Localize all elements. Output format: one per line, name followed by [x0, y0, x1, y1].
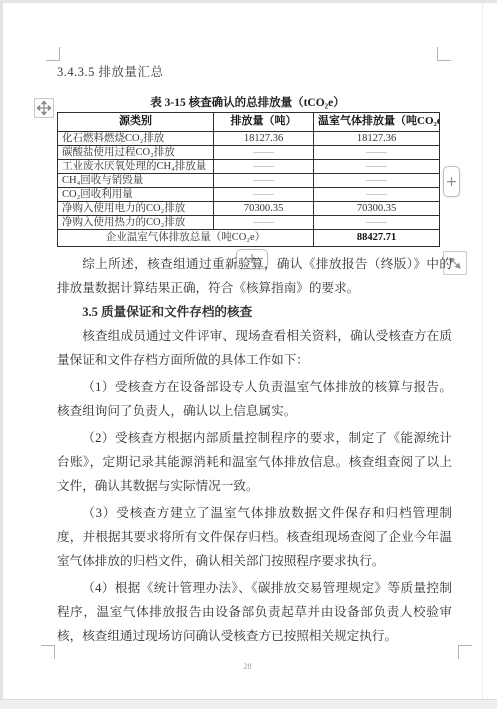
header-ghg-emission: 温室气体排放量（吨CO₂e）	[314, 113, 440, 132]
row-label: CH₄回收与销毁量	[58, 174, 214, 188]
paragraph-summary: 综上所述，核查组通过重新验算，确认《排放报告（终版）》中的排放量数据计算结果正确…	[57, 252, 452, 300]
section-heading-3-5: 3.5 质量保证和文件存档的核查	[57, 300, 452, 324]
total-value: 88427.71	[314, 230, 440, 247]
row-value: 18127.36	[314, 132, 440, 146]
crop-mark-top-left-icon	[46, 47, 60, 61]
row-value: ——	[214, 174, 314, 188]
row-value: ——	[314, 146, 440, 160]
emissions-summary-table: 源类别 排放量（吨） 温室气体排放量（吨CO₂e） 化石燃料燃烧CO₂排放 18…	[57, 112, 440, 247]
row-value: ——	[214, 188, 314, 202]
row-label: CO₂回收利用量	[58, 188, 214, 202]
row-value: ——	[314, 160, 440, 174]
paragraph-item-3: （3）受核查方建立了温室气体排放数据文件保存和归档管理制度，并根据其要求将所有文…	[57, 501, 452, 573]
table-row: 碳酸盐使用过程CO₂排放 —— ——	[58, 146, 440, 160]
row-label: 碳酸盐使用过程CO₂排放	[58, 146, 214, 160]
paragraph-item-4: （4）根据《统计管理办法》、《碳排放交易管理规定》等质量控制程序，温室气体排放报…	[57, 576, 452, 648]
table-row: CO₂回收利用量 —— ——	[58, 188, 440, 202]
crop-mark-bottom-left-icon	[41, 645, 55, 659]
table-caption: 表 3-15 核查确认的总排放量（tCO₂e）	[57, 94, 438, 110]
table-row: CH₄回收与销毁量 —— ——	[58, 174, 440, 188]
page-right-edge	[482, 3, 483, 699]
crop-mark-bottom-right-icon	[458, 645, 472, 659]
table-row: 工业废水厌氧处理的CH₄排放量 —— ——	[58, 160, 440, 174]
table-row: 净购入使用电力的CO₂排放 70300.35 70300.35	[58, 202, 440, 216]
row-value: ——	[314, 174, 440, 188]
row-value: 18127.36	[214, 132, 314, 146]
row-value: ——	[314, 188, 440, 202]
move-icon	[37, 101, 51, 115]
header-emission-amount: 排放量（吨）	[214, 113, 314, 132]
paragraph-item-2: （2）受核查方根据内部质量控制程序的要求，制定了《能源统计台账》，定期记录其能源…	[57, 426, 452, 498]
table-row: 化石燃料燃烧CO₂排放 18127.36 18127.36	[58, 132, 440, 146]
row-value: ——	[214, 216, 314, 230]
plus-icon: +	[446, 175, 458, 189]
row-value: 70300.35	[214, 202, 314, 216]
header-source-category: 源类别	[58, 113, 214, 132]
table-total-row: 企业温室气体排放总量（吨CO₂e） 88427.71	[58, 230, 440, 247]
table-row: 净购入使用热力的CO₂排放 —— ——	[58, 216, 440, 230]
row-label: 化石燃料燃烧CO₂排放	[58, 132, 214, 146]
window-bottom-bar	[0, 699, 497, 709]
row-label: 净购入使用热力的CO₂排放	[58, 216, 214, 230]
insert-column-button[interactable]: +	[443, 166, 460, 197]
row-value: ——	[314, 216, 440, 230]
total-label: 企业温室气体排放总量（吨CO₂e）	[58, 230, 314, 247]
page-number: 28	[57, 662, 438, 671]
row-value: ——	[214, 146, 314, 160]
table-move-handle[interactable]	[34, 98, 54, 118]
window-top-edge	[0, 0, 497, 3]
paragraph-item-1: （1）受核查方在设备部设专人负责温室气体排放的核算与报告。核查组询问了负责人，确…	[57, 375, 452, 423]
section-heading-3-4-3-5: 3.4.3.5 排放量汇总	[57, 62, 164, 80]
row-label: 工业废水厌氧处理的CH₄排放量	[58, 160, 214, 174]
document-page: 3.4.3.5 排放量汇总 表 3-15 核查确认的总排放量（tCO₂e） 源类…	[0, 0, 497, 709]
row-value: 70300.35	[314, 202, 440, 216]
paragraph-qa-intro: 核查组成员通过文件评审、现场查看相关资料，确认受核查方在质量保证和文件存档方面所…	[57, 324, 452, 372]
row-value: ——	[214, 160, 314, 174]
body-text-column: 综上所述，核查组通过重新验算，确认《排放报告（终版）》中的排放量数据计算结果正确…	[57, 252, 452, 648]
window-left-edge	[0, 0, 3, 700]
table-header-row: 源类别 排放量（吨） 温室气体排放量（吨CO₂e）	[58, 113, 440, 132]
row-label: 净购入使用电力的CO₂排放	[58, 202, 214, 216]
crop-mark-top-right-icon	[437, 47, 451, 61]
